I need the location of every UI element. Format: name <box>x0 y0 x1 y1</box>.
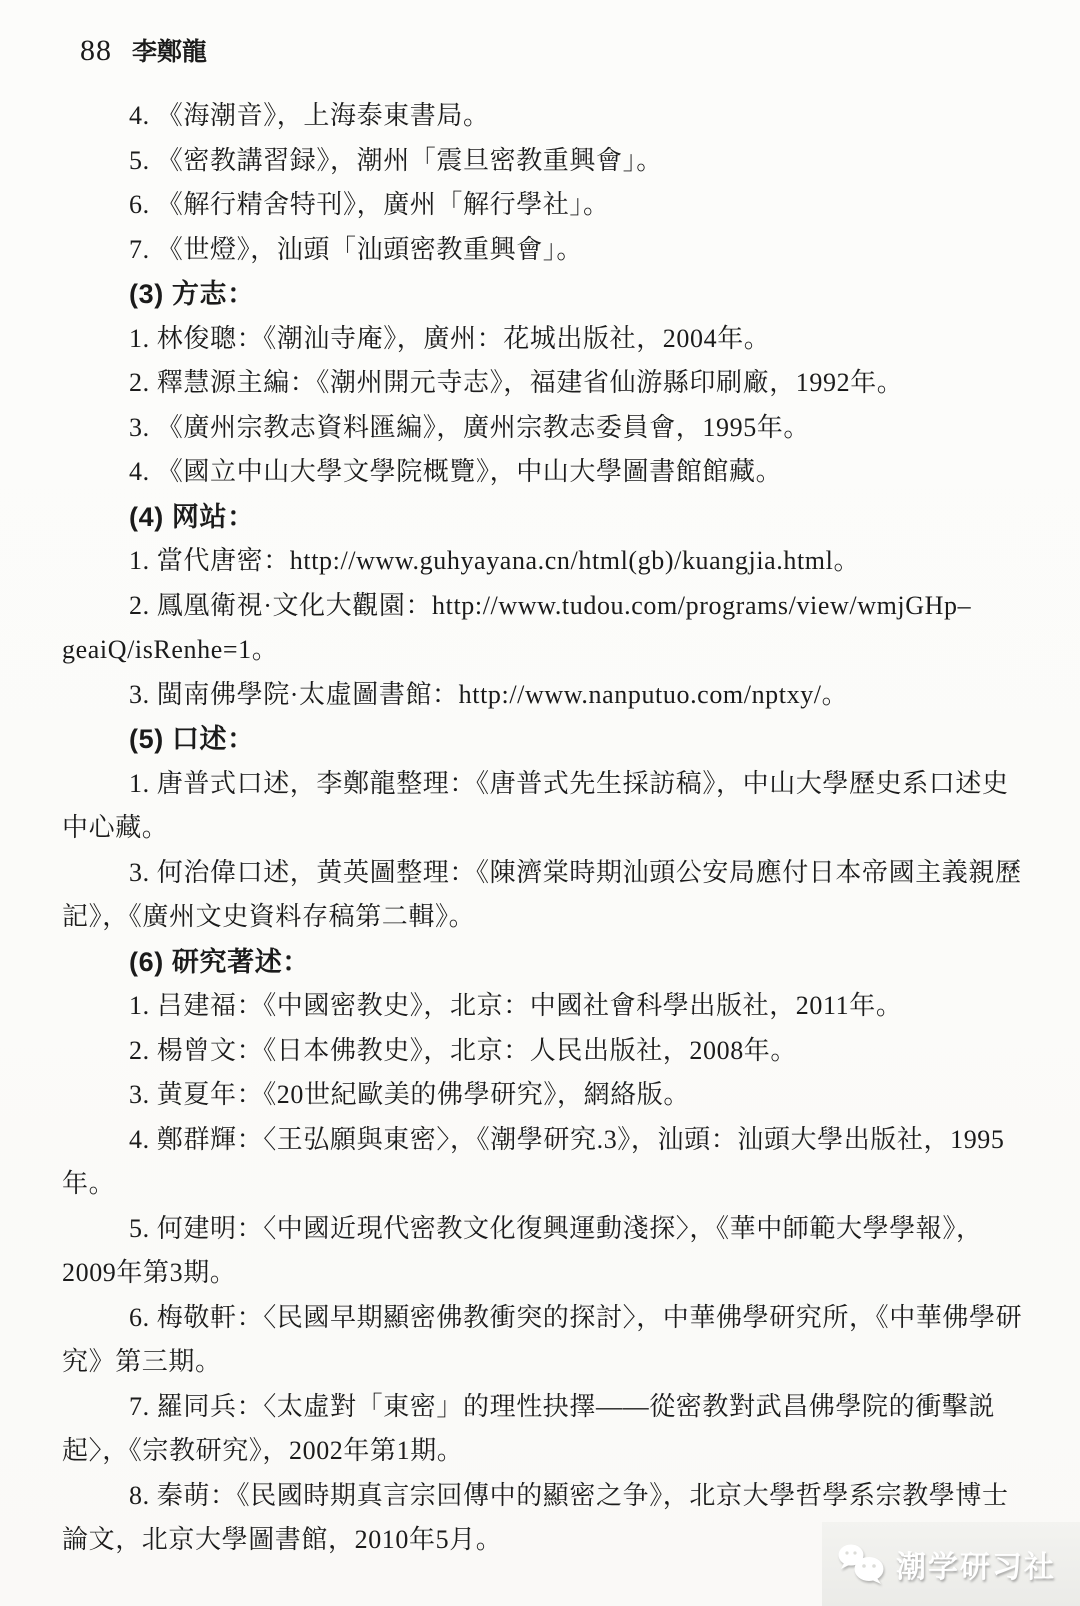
section-heading-koushu: (5) 口述： <box>62 717 1042 762</box>
bib-item-line: 7. 羅同兵：〈太虛對「東密」的理性抉擇——從密教對武昌佛學院的衝擊説 <box>62 1385 1042 1430</box>
bib-item-line: 1. 當代唐密：http://www.guhyayana.cn/html(gb)… <box>62 539 1042 584</box>
page-header: 88 李鄭龍 <box>80 32 207 68</box>
page-number: 88 <box>80 34 112 68</box>
watermark-label: 潮学研习社 <box>896 1542 1056 1586</box>
bib-item-continuation: 年。 <box>62 1162 1042 1207</box>
bib-item-line: 4. 《海潮音》，上海泰東書局。 <box>62 94 1042 139</box>
bib-item-line: 2. 釋慧源主編：《潮州開元寺志》，福建省仙游縣印刷廠，1992年。 <box>62 361 1042 406</box>
bib-item-line: 1. 林俊聰：《潮汕寺庵》，廣州：花城出版社，2004年。 <box>62 317 1042 362</box>
section-heading-wangzhan: (4) 网站： <box>62 495 1042 540</box>
bib-item-line: 3. 黄夏年：《20世紀歐美的佛學研究》，網絡版。 <box>62 1073 1042 1118</box>
bib-item-line: 6. 《解行精舍特刊》，廣州「解行學社」。 <box>62 183 1042 228</box>
bib-item-line: 4. 鄭群輝：〈王弘願與東密〉，《潮學研究.3》，汕頭：汕頭大學出版社，1995 <box>62 1118 1042 1163</box>
bibliography-content: 4. 《海潮音》，上海泰東書局。 5. 《密教講習録》，潮州「震旦密教重興會」。… <box>62 94 1042 1563</box>
wechat-icon <box>836 1542 888 1586</box>
bib-item-line: 2. 鳳凰衛視·文化大觀園：http://www.tudou.com/progr… <box>62 584 1042 629</box>
scanned-page: 88 李鄭龍 4. 《海潮音》，上海泰東書局。 5. 《密教講習録》，潮州「震旦… <box>0 0 1080 1606</box>
bib-item-continuation: 記》，《廣州文史資料存稿第二輯》。 <box>62 895 1042 940</box>
bib-item-line: 4. 《國立中山大學文學院概覽》，中山大學圖書館館藏。 <box>62 450 1042 495</box>
running-header-author: 李鄭龍 <box>132 32 207 68</box>
bib-item-line: 1. 吕建福：《中國密教史》，北京：中國社會科學出版社，2011年。 <box>62 984 1042 1029</box>
section-heading-yanjiuzhushu: (6) 研究著述： <box>62 940 1042 985</box>
bib-item-line: 5. 何建明：〈中國近現代密教文化復興運動淺探〉，《華中師範大學學報》， <box>62 1207 1042 1252</box>
bib-item-line: 5. 《密教講習録》，潮州「震旦密教重興會」。 <box>62 139 1042 184</box>
bib-item-line: 2. 楊曾文：《日本佛教史》，北京：人民出版社，2008年。 <box>62 1029 1042 1074</box>
bib-item-line: 3. 何治偉口述，黄英圖整理：《陳濟棠時期汕頭公安局應付日本帝國主義親歷 <box>62 851 1042 896</box>
bib-item-continuation: 起〉，《宗教研究》，2002年第1期。 <box>62 1429 1042 1474</box>
bib-item-continuation: 究》第三期。 <box>62 1340 1042 1385</box>
bib-item-continuation: 2009年第3期。 <box>62 1251 1042 1296</box>
bib-item-continuation: geaiQ/isRenhe=1。 <box>62 628 1042 673</box>
bib-item-line: 3. 《廣州宗教志資料匯編》，廣州宗教志委員會，1995年。 <box>62 406 1042 451</box>
bib-item-continuation: 中心藏。 <box>62 806 1042 851</box>
bib-item-line: 7. 《世燈》，汕頭「汕頭密教重興會」。 <box>62 228 1042 273</box>
bib-item-line: 3. 閩南佛學院·太虛圖書館：http://www.nanputuo.com/n… <box>62 673 1042 718</box>
section-heading-fangzhi: (3) 方志： <box>62 272 1042 317</box>
watermark-panel: 潮学研习社 <box>822 1522 1080 1606</box>
bib-item-line: 8. 秦萌：《民國時期真言宗回傳中的顯密之争》，北京大學哲學系宗教學博士 <box>62 1474 1042 1519</box>
bib-item-line: 6. 梅敬軒：〈民國早期顯密佛教衝突的探討〉，中華佛學研究所，《中華佛學研 <box>62 1296 1042 1341</box>
watermark: 潮学研习社 <box>836 1542 1056 1586</box>
bib-item-line: 1. 唐普式口述，李鄭龍整理：《唐普式先生採訪稿》，中山大學歷史系口述史 <box>62 762 1042 807</box>
